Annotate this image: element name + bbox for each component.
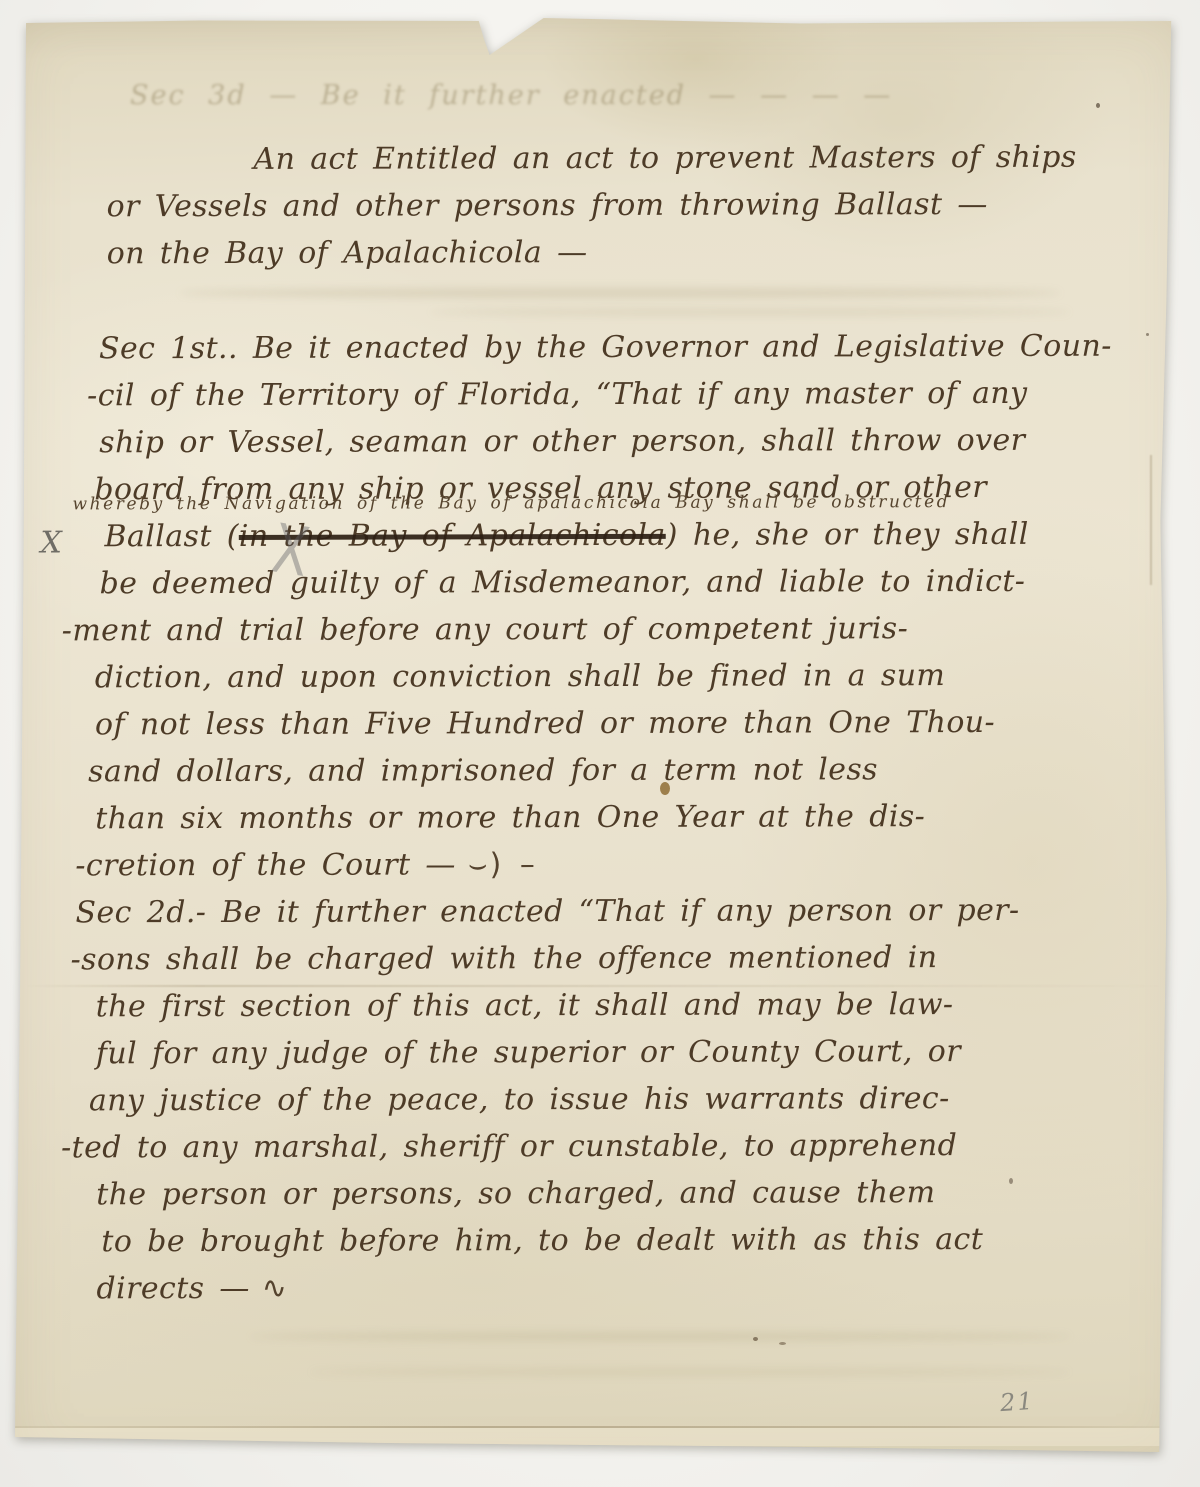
sec2-line: to be brought before him, to be dealt wi… bbox=[101, 1215, 1175, 1265]
interline-insertion: whereby the Navigation of the Bay of apa… bbox=[72, 492, 950, 514]
manuscript-page: Sec 3d — Be it further enacted — — — — A… bbox=[0, 0, 1200, 1487]
ballast-post-text: ) he, she or they shall bbox=[666, 517, 1029, 553]
sec1-line: Sec 1st.. Be it enacted by the Governor … bbox=[99, 322, 1173, 372]
sec2-line: -sons shall be charged with the offence … bbox=[71, 933, 1175, 983]
manuscript-text: An act Entitled an act to prevent Master… bbox=[24, 133, 1175, 1312]
ballast-pre-text: Ballast ( bbox=[104, 519, 238, 554]
page-number-pencil: 21 bbox=[999, 1387, 1035, 1417]
sec1-closing-text: -cretion of the Court — bbox=[75, 847, 456, 883]
sec1-line: -cil of the Territory of Florida, “That … bbox=[87, 369, 1173, 419]
ink-speck bbox=[1096, 103, 1100, 108]
margin-x-mark: X bbox=[40, 519, 62, 566]
title-line-1: An act Entitled an act to prevent Master… bbox=[253, 133, 1172, 182]
sec1-line: -ment and trial before any court of comp… bbox=[62, 604, 1174, 654]
ink-speck bbox=[1009, 1178, 1013, 1184]
sec2-closing-text: directs — bbox=[96, 1271, 249, 1306]
ink-speck bbox=[660, 782, 670, 795]
paper-fold-crease bbox=[15, 1426, 1165, 1428]
bleedthrough-smudge bbox=[250, 1332, 1070, 1341]
sec2-line: -ted to any marshal, sheriff or cunstabl… bbox=[61, 1121, 1175, 1171]
sec1-line: diction, and upon conviction shall be fi… bbox=[95, 651, 1174, 701]
sec1-flourish: ⌣) – bbox=[468, 847, 537, 882]
sec1-line: ship or Vessel, seaman or other person, … bbox=[99, 416, 1173, 466]
ink-speck bbox=[753, 1337, 758, 1341]
sec2-line: any justice of the peace, to issue his w… bbox=[89, 1074, 1175, 1124]
sec1-closing-line: -cretion of the Court —⌣) – bbox=[75, 839, 1174, 889]
paper-surface: Sec 3d — Be it further enacted — — — — A… bbox=[0, 0, 1200, 1487]
sec2-line: the first section of this act, it shall … bbox=[96, 980, 1175, 1030]
sec2-flourish: ∿ bbox=[262, 1271, 289, 1306]
sec1-line: be deemed guilty of a Misdemeanor, and l… bbox=[100, 557, 1174, 607]
sec2-line: the person or persons, so charged, and c… bbox=[96, 1168, 1175, 1218]
paper-fold-strip bbox=[15, 1428, 1165, 1446]
sec2-line: Sec 2d.- Be it further enacted “That if … bbox=[75, 886, 1174, 936]
bleedthrough-smudge bbox=[310, 1368, 1070, 1376]
sec1-line: than six months or more than One Year at… bbox=[95, 792, 1174, 842]
bleedthrough-text: Sec 3d — Be it further enacted — — — — bbox=[130, 80, 892, 111]
sec2-line: ful for any judge of the superior or Cou… bbox=[96, 1027, 1175, 1077]
ink-speck bbox=[779, 1342, 786, 1345]
paper-edge-crease bbox=[1150, 455, 1152, 585]
sec2-closing-line: directs —∿ bbox=[96, 1262, 1175, 1312]
sec1-line: of not less than Five Hundred or more th… bbox=[95, 698, 1174, 748]
sec1-line: sand dollars, and imprisoned for a term … bbox=[88, 745, 1174, 795]
scan-background: Sec 3d — Be it further enacted — — — — A… bbox=[0, 0, 1200, 1487]
sec1-ballast-line: X whereby the Navigation of the Bay of a… bbox=[104, 510, 1173, 560]
ink-speck bbox=[1146, 333, 1149, 336]
title-line-2: or Vessels and other persons from throwi… bbox=[107, 180, 1173, 230]
paper-crease bbox=[26, 985, 1166, 987]
title-line-3: on the Bay of Apalachicola — bbox=[107, 227, 1173, 277]
